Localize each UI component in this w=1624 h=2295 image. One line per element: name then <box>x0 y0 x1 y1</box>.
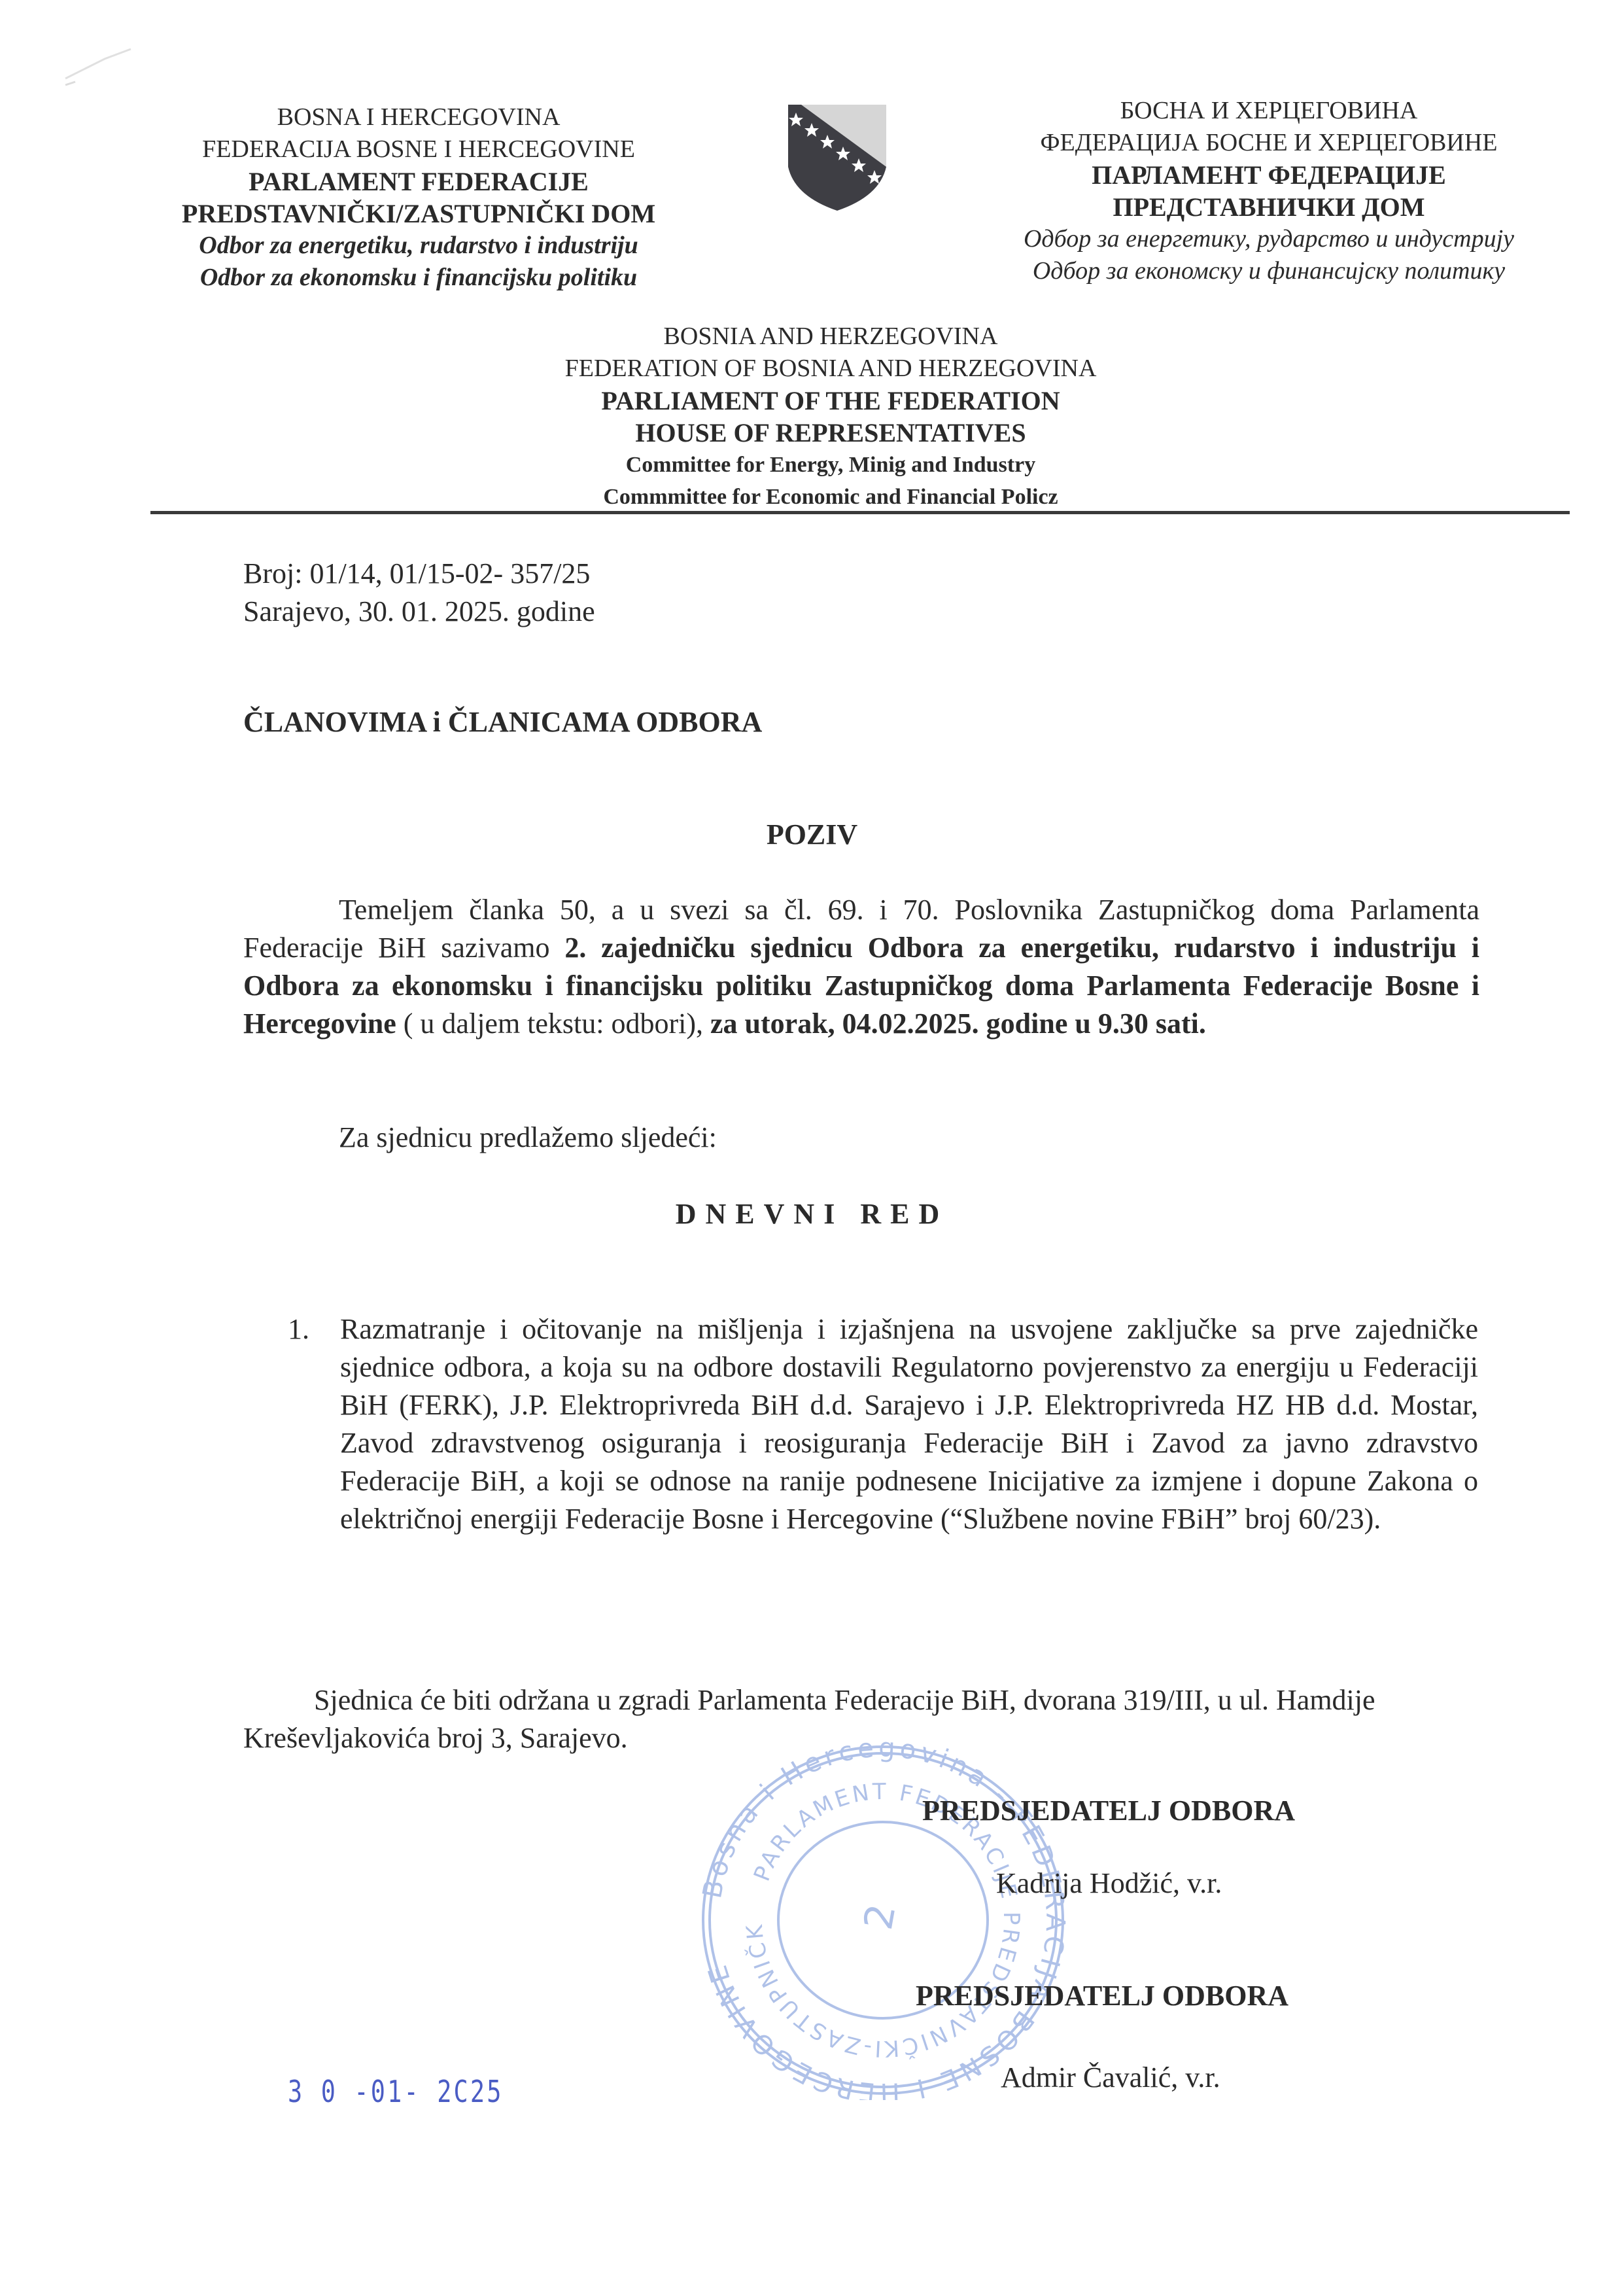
coat-of-arms-icon <box>782 98 893 213</box>
agenda-list: 1. Razmatranje i očitovanje na mišljenja… <box>288 1310 1478 1538</box>
header-left-committee-economy: Odbor za ekonomsku i financijsku politik… <box>150 262 687 294</box>
header-left-parliament: PARLAMENT FEDERACIJE <box>150 166 687 198</box>
agenda-title: DNEVNI RED <box>0 1197 1624 1231</box>
header-left-country: BOSNA I HERCEGOVINA <box>150 101 687 133</box>
header-center-federation: FEDERATION OF BOSNIA AND HERZEGOVINA <box>477 353 1184 385</box>
signature-1-title: PREDSJEDATELJ ODBORA <box>922 1794 1295 1827</box>
header-right-committee-economy: Одбор за економску и финансијску политик… <box>988 255 1550 287</box>
intro-paragraph: Temeljem članka 50, a u svezi sa čl. 69.… <box>243 891 1479 1043</box>
document-meta: Broj: 01/14, 01/15-02- 357/25 Sarajevo, … <box>243 555 595 631</box>
intro-text-2: ( u daljem tekstu: odbori), <box>396 1007 710 1040</box>
scan-artifact <box>59 39 137 92</box>
signature-2-name: Admir Čavalić, v.r. <box>1001 2061 1220 2094</box>
header-center-committee-energy: Committee for Energy, Minig and Industry <box>477 449 1184 481</box>
header-right-cyrillic: БОСНА И ХЕРЦЕГОВИНА ФЕДЕРАЦИЈА БОСНЕ И Х… <box>988 95 1550 287</box>
header-right-parliament: ПАРЛАМЕНТ ФЕДЕРАЦИЈЕ <box>988 159 1550 191</box>
header-left-committee-energy: Odbor za energetiku, rudarstvo i industr… <box>150 230 687 262</box>
agenda-item-text: Razmatranje i očitovanje na mišljenja i … <box>340 1310 1478 1538</box>
signature-1-name: Kadrija Hodžić, v.r. <box>996 1866 1222 1900</box>
header-center-house: HOUSE OF REPRESENTATIVES <box>477 417 1184 449</box>
document-title: POZIV <box>0 818 1624 851</box>
header-right-federation: ФЕДЕРАЦИЈА БОСНЕ И ХЕРЦЕГОВИНЕ <box>988 127 1550 159</box>
header-center-english: BOSNIA AND HERZEGOVINA FEDERATION OF BOS… <box>477 321 1184 513</box>
header-left-latin: BOSNA I HERCEGOVINA FEDERACIJA BOSNE I H… <box>150 101 687 294</box>
received-date-stamp: 3 0 -01- 2C25 <box>288 2074 504 2109</box>
agenda-item: 1. Razmatranje i očitovanje na mišljenja… <box>288 1310 1478 1538</box>
svg-text:2: 2 <box>855 1901 905 1933</box>
header-left-federation: FEDERACIJA BOSNE I HERCEGOVINE <box>150 133 687 166</box>
header-center-committee-economy: Commmittee for Economic and Financial Po… <box>477 481 1184 513</box>
header-right-house: ПРЕДСТАВНИЧКИ ДОМ <box>988 191 1550 223</box>
recipients-heading: ČLANOVIMA i ČLANICAMA ODBORA <box>243 705 762 739</box>
place-date: Sarajevo, 30. 01. 2025. godine <box>243 593 595 631</box>
header-divider <box>150 511 1570 514</box>
intro-session-datetime: za utorak, 04.02.2025. godine u 9.30 sat… <box>710 1007 1206 1040</box>
official-stamp: Bosna i Hercegovina - FEDERACIJA BOSNE I… <box>674 1734 1092 2100</box>
header-right-country: БОСНА И ХЕРЦЕГОВИНА <box>988 95 1550 127</box>
agenda-proposal-text: Za sjednicu predlažemo sljedeći: <box>339 1121 717 1154</box>
header-left-house: PREDSTAVNIČKI/ZASTUPNIČKI DOM <box>150 198 687 230</box>
signature-2-title: PREDSJEDATELJ ODBORA <box>916 1979 1288 2012</box>
header-center-parliament: PARLIAMENT OF THE FEDERATION <box>477 385 1184 417</box>
header-right-committee-energy: Одбор за енергетику, рударство и индустр… <box>988 223 1550 255</box>
reference-number: Broj: 01/14, 01/15-02- 357/25 <box>243 555 595 593</box>
header-center-country: BOSNIA AND HERZEGOVINA <box>477 321 1184 353</box>
agenda-item-number: 1. <box>288 1310 340 1538</box>
